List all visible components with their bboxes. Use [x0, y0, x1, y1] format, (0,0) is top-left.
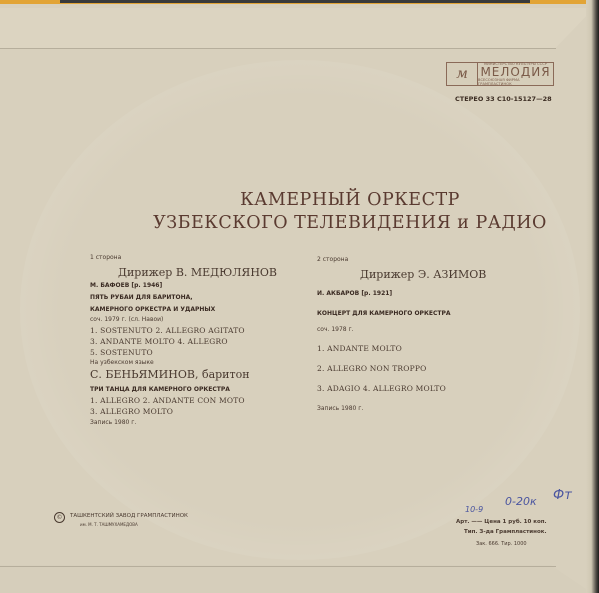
- side2-composer: И. АКБАРОВ [р. 1921]: [317, 290, 392, 297]
- side1-work-line2: КАМЕРНОГО ОРКЕСТРА И УДАРНЫХ: [90, 306, 215, 313]
- side2-work: КОНЦЕРТ ДЛЯ КАМЕРНОГО ОРКЕСТРА: [317, 310, 451, 317]
- side1-movement2: 1. ALLEGRO 2. ANDANTE CON MOTO: [90, 396, 245, 405]
- copyright-icon: ©: [54, 512, 65, 523]
- order-line: Зак. 666. Тир. 1000: [476, 541, 527, 547]
- fold-line-bottom: [0, 566, 556, 567]
- side2-movement: 2. ALLEGRO NON TROPPO: [317, 364, 426, 373]
- print-line: Тип. З-да Грампластинок.: [464, 529, 547, 535]
- side2-label: 2 сторона: [317, 256, 348, 263]
- title-line-1: КАМЕРНЫЙ ОРКЕСТР: [150, 190, 550, 210]
- fold-line-top: [0, 48, 556, 49]
- side1-performer: С. БЕНЬЯМИНОВ, баритон: [90, 368, 250, 381]
- side1-movement: 1. SOSTENUTO 2. ALLEGRO AGITATO: [90, 326, 245, 335]
- melodiya-logo: м МИНИСТЕРСТВО КУЛЬТУРЫ СССР МЕЛОДИЯ ВСЕ…: [446, 62, 554, 86]
- catalog-number: СТЕРЕО 33 С10-15127—28: [455, 95, 552, 103]
- brand-name: МЕЛОДИЯ: [480, 66, 550, 78]
- handwritten-note-1: 10-9: [465, 505, 483, 514]
- side1-recording: Запись 1980 г.: [90, 419, 136, 426]
- bottom-flap: [0, 565, 592, 593]
- side2-conductor: Дирижер Э. АЗИМОВ: [360, 268, 486, 281]
- side1-work-line1: ПЯТЬ РУБАИ ДЛЯ БАРИТОНА,: [90, 294, 193, 301]
- side2-movement: 3. ADAGIO 4. ALLEGRO MOLTO: [317, 384, 446, 393]
- side2-movement: 1. ANDANTE MOLTO: [317, 344, 402, 353]
- sleeve-right-edge: [586, 0, 599, 593]
- side1-language-note: На узбекском языке: [90, 359, 154, 366]
- melodiya-mark-icon: м: [447, 63, 478, 85]
- side1-work-note: соч. 1979 г. (сл. Навои): [90, 316, 163, 323]
- side2-work-note: соч. 1978 г.: [317, 326, 354, 333]
- factory-subtitle: им. М. Т. ТАШМУХАМЕДОВА: [80, 522, 138, 527]
- side1-movement: 3. ANDANTE MOLTO 4. ALLEGRO: [90, 337, 228, 346]
- handwritten-note-2: 0-20к: [505, 495, 537, 508]
- side1-label: 1 сторона: [90, 254, 121, 261]
- title-line-2: УЗБЕКСКОГО ТЕЛЕВИДЕНИЯ и РАДИО: [140, 213, 560, 233]
- factory-name: ТАШКЕНТСКИЙ ЗАВОД ГРАМПЛАСТИНОК: [70, 513, 188, 519]
- side2-recording: Запись 1980 г.: [317, 405, 363, 412]
- side1-conductor: Дирижер В. МЕДЮЛЯНОВ: [118, 266, 277, 279]
- side1-composer: М. БАФОЕВ [р. 1946]: [90, 282, 162, 289]
- side1-work2: ТРИ ТАНЦА ДЛЯ КАМЕРНОГО ОРКЕСТРА: [90, 386, 230, 393]
- price-line: Арт. —— Цена 1 руб. 10 коп.: [456, 519, 547, 525]
- side1-movement: 5. SOSTENUTO: [90, 348, 153, 357]
- brand-subtitle: ВСЕСОЮЗНАЯ ФИРМА ГРАМПЛАСТИНОК: [478, 78, 553, 86]
- side1-movement2: 3. ALLEGRO MOLTO: [90, 407, 173, 416]
- top-flap: [0, 8, 590, 49]
- handwritten-signature: Фт: [553, 488, 572, 503]
